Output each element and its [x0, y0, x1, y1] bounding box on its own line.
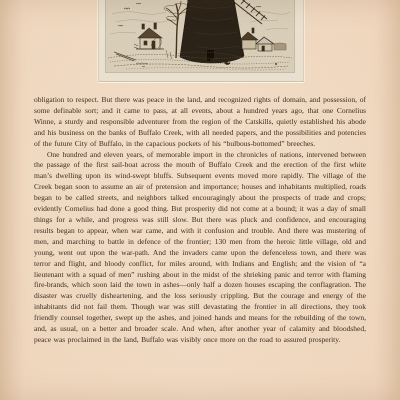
- paragraph-one-hundred-eleven-years: One hundred and eleven years, of memorab…: [34, 150, 366, 346]
- paragraph-continuation: obligation to respect. But there was pea…: [34, 95, 366, 150]
- illustration-plate: [98, 0, 304, 82]
- windmill: [180, 0, 244, 63]
- text-block: obligation to respect. But there was pea…: [34, 95, 366, 346]
- windmill-etching: [106, 0, 294, 72]
- book-page: obligation to respect. But there was pea…: [0, 0, 400, 400]
